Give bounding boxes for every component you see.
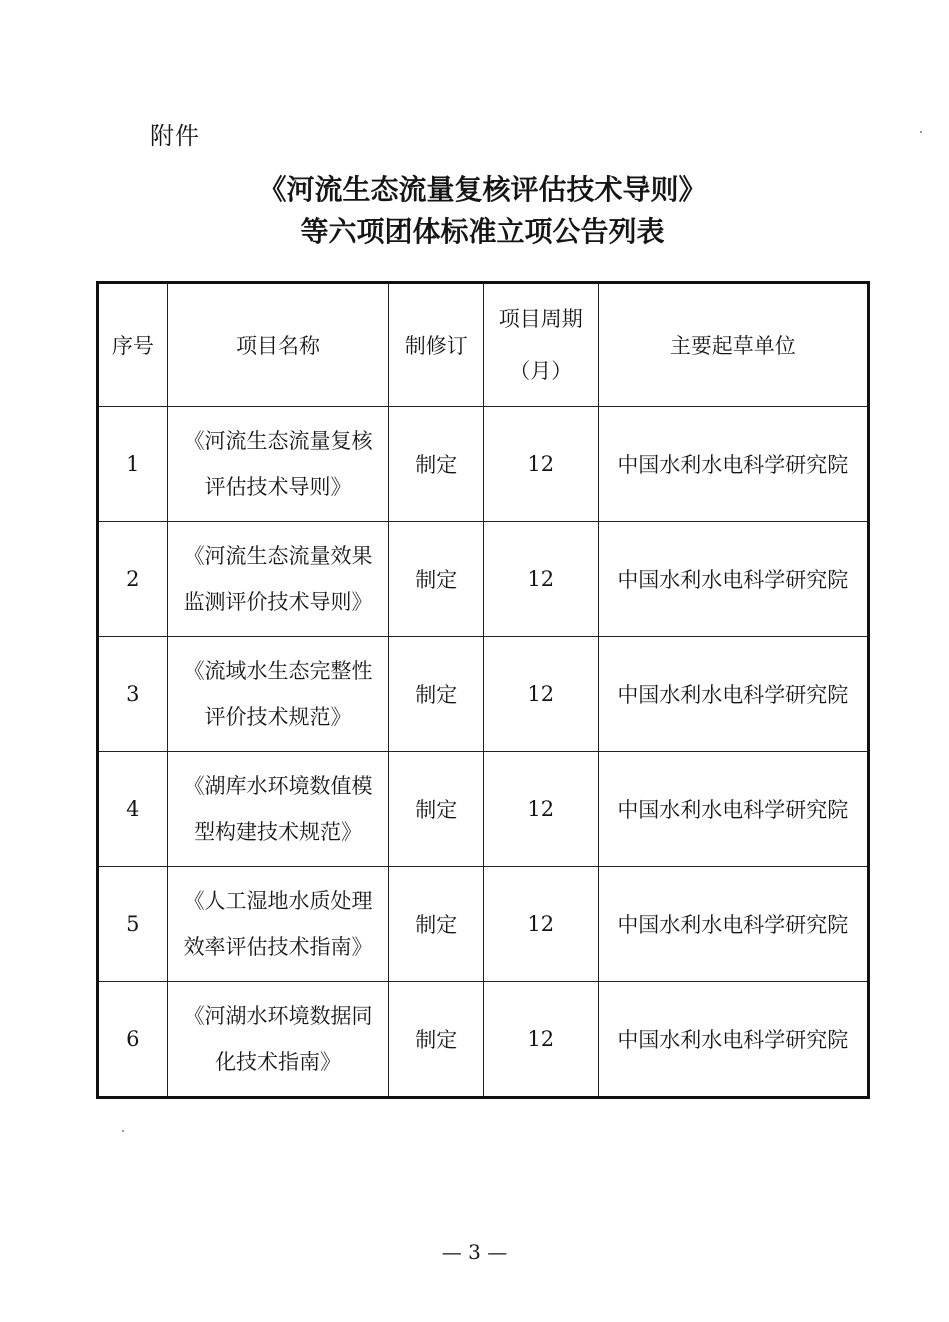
project-name-line1: 《河流生态流量效果 bbox=[168, 533, 389, 579]
table-row: 5 《人工湿地水质处理 效率评估技术指南》 制定 12 中国水利水电科学研究院 bbox=[98, 867, 869, 982]
drafting-unit: 中国水利水电科学研究院 bbox=[598, 637, 868, 752]
project-name-line1: 《河湖水环境数据同 bbox=[168, 993, 389, 1039]
project-name-line2: 型构建技术规范》 bbox=[168, 809, 389, 855]
project-name: 《湖库水环境数值模 型构建技术规范》 bbox=[167, 752, 389, 867]
drafting-unit: 中国水利水电科学研究院 bbox=[598, 982, 868, 1098]
drafting-unit: 中国水利水电科学研究院 bbox=[598, 752, 868, 867]
revision-type: 制定 bbox=[389, 637, 484, 752]
table-row: 2 《河流生态流量效果 监测评价技术导则》 制定 12 中国水利水电科学研究院 bbox=[98, 522, 869, 637]
scan-speck bbox=[122, 1130, 124, 1132]
table-header-row: 序号 项目名称 制修订 项目周期 （月） 主要起草单位 bbox=[98, 283, 869, 407]
scan-speck bbox=[920, 131, 922, 133]
serial-no: 4 bbox=[98, 752, 168, 867]
project-name: 《河流生态流量复核 评估技术导则》 bbox=[167, 407, 389, 522]
document-title-line1: 《河流生态流量复核评估技术导则》 bbox=[8, 168, 949, 208]
project-period: 12 bbox=[483, 637, 598, 752]
table-row: 3 《流域水生态完整性 评价技术规范》 制定 12 中国水利水电科学研究院 bbox=[98, 637, 869, 752]
project-name: 《河湖水环境数据同 化技术指南》 bbox=[167, 982, 389, 1098]
serial-no: 3 bbox=[98, 637, 168, 752]
project-name-line2: 评估技术导则》 bbox=[168, 464, 389, 510]
project-name-line2: 评价技术规范》 bbox=[168, 694, 389, 740]
serial-no: 5 bbox=[98, 867, 168, 982]
project-name-line1: 《流域水生态完整性 bbox=[168, 648, 389, 694]
drafting-unit: 中国水利水电科学研究院 bbox=[598, 407, 868, 522]
header-drafting-unit: 主要起草单位 bbox=[598, 283, 868, 407]
standards-table: 序号 项目名称 制修订 项目周期 （月） 主要起草单位 1 《河流生态流量复核 … bbox=[96, 281, 870, 1099]
header-period-label: 项目周期 bbox=[484, 293, 598, 345]
drafting-unit: 中国水利水电科学研究院 bbox=[598, 522, 868, 637]
project-period: 12 bbox=[483, 867, 598, 982]
revision-type: 制定 bbox=[389, 867, 484, 982]
header-serial-no: 序号 bbox=[98, 283, 168, 407]
project-name-line2: 效率评估技术指南》 bbox=[168, 924, 389, 970]
project-name: 《流域水生态完整性 评价技术规范》 bbox=[167, 637, 389, 752]
revision-type: 制定 bbox=[389, 752, 484, 867]
revision-type: 制定 bbox=[389, 982, 484, 1098]
drafting-unit: 中国水利水电科学研究院 bbox=[598, 867, 868, 982]
header-project-name: 项目名称 bbox=[167, 283, 389, 407]
header-project-period: 项目周期 （月） bbox=[483, 283, 598, 407]
revision-type: 制定 bbox=[389, 407, 484, 522]
table-row: 1 《河流生态流量复核 评估技术导则》 制定 12 中国水利水电科学研究院 bbox=[98, 407, 869, 522]
document-title-line2: 等六项团体标准立项公告列表 bbox=[8, 210, 949, 250]
project-name-line1: 《河流生态流量复核 bbox=[168, 418, 389, 464]
project-period: 12 bbox=[483, 407, 598, 522]
header-period-unit: （月） bbox=[484, 345, 598, 397]
attachment-label: 附件 bbox=[150, 116, 200, 151]
project-period: 12 bbox=[483, 752, 598, 867]
project-period: 12 bbox=[483, 982, 598, 1098]
page-number: — 3 — bbox=[0, 1240, 949, 1264]
revision-type: 制定 bbox=[389, 522, 484, 637]
serial-no: 1 bbox=[98, 407, 168, 522]
table-row: 4 《湖库水环境数值模 型构建技术规范》 制定 12 中国水利水电科学研究院 bbox=[98, 752, 869, 867]
table-row: 6 《河湖水环境数据同 化技术指南》 制定 12 中国水利水电科学研究院 bbox=[98, 982, 869, 1098]
project-name: 《河流生态流量效果 监测评价技术导则》 bbox=[167, 522, 389, 637]
project-period: 12 bbox=[483, 522, 598, 637]
header-revision-type: 制修订 bbox=[389, 283, 484, 407]
serial-no: 6 bbox=[98, 982, 168, 1098]
project-name-line2: 监测评价技术导则》 bbox=[168, 579, 389, 625]
project-name-line1: 《湖库水环境数值模 bbox=[168, 763, 389, 809]
project-name: 《人工湿地水质处理 效率评估技术指南》 bbox=[167, 867, 389, 982]
project-name-line1: 《人工湿地水质处理 bbox=[168, 878, 389, 924]
project-name-line2: 化技术指南》 bbox=[168, 1039, 389, 1085]
serial-no: 2 bbox=[98, 522, 168, 637]
